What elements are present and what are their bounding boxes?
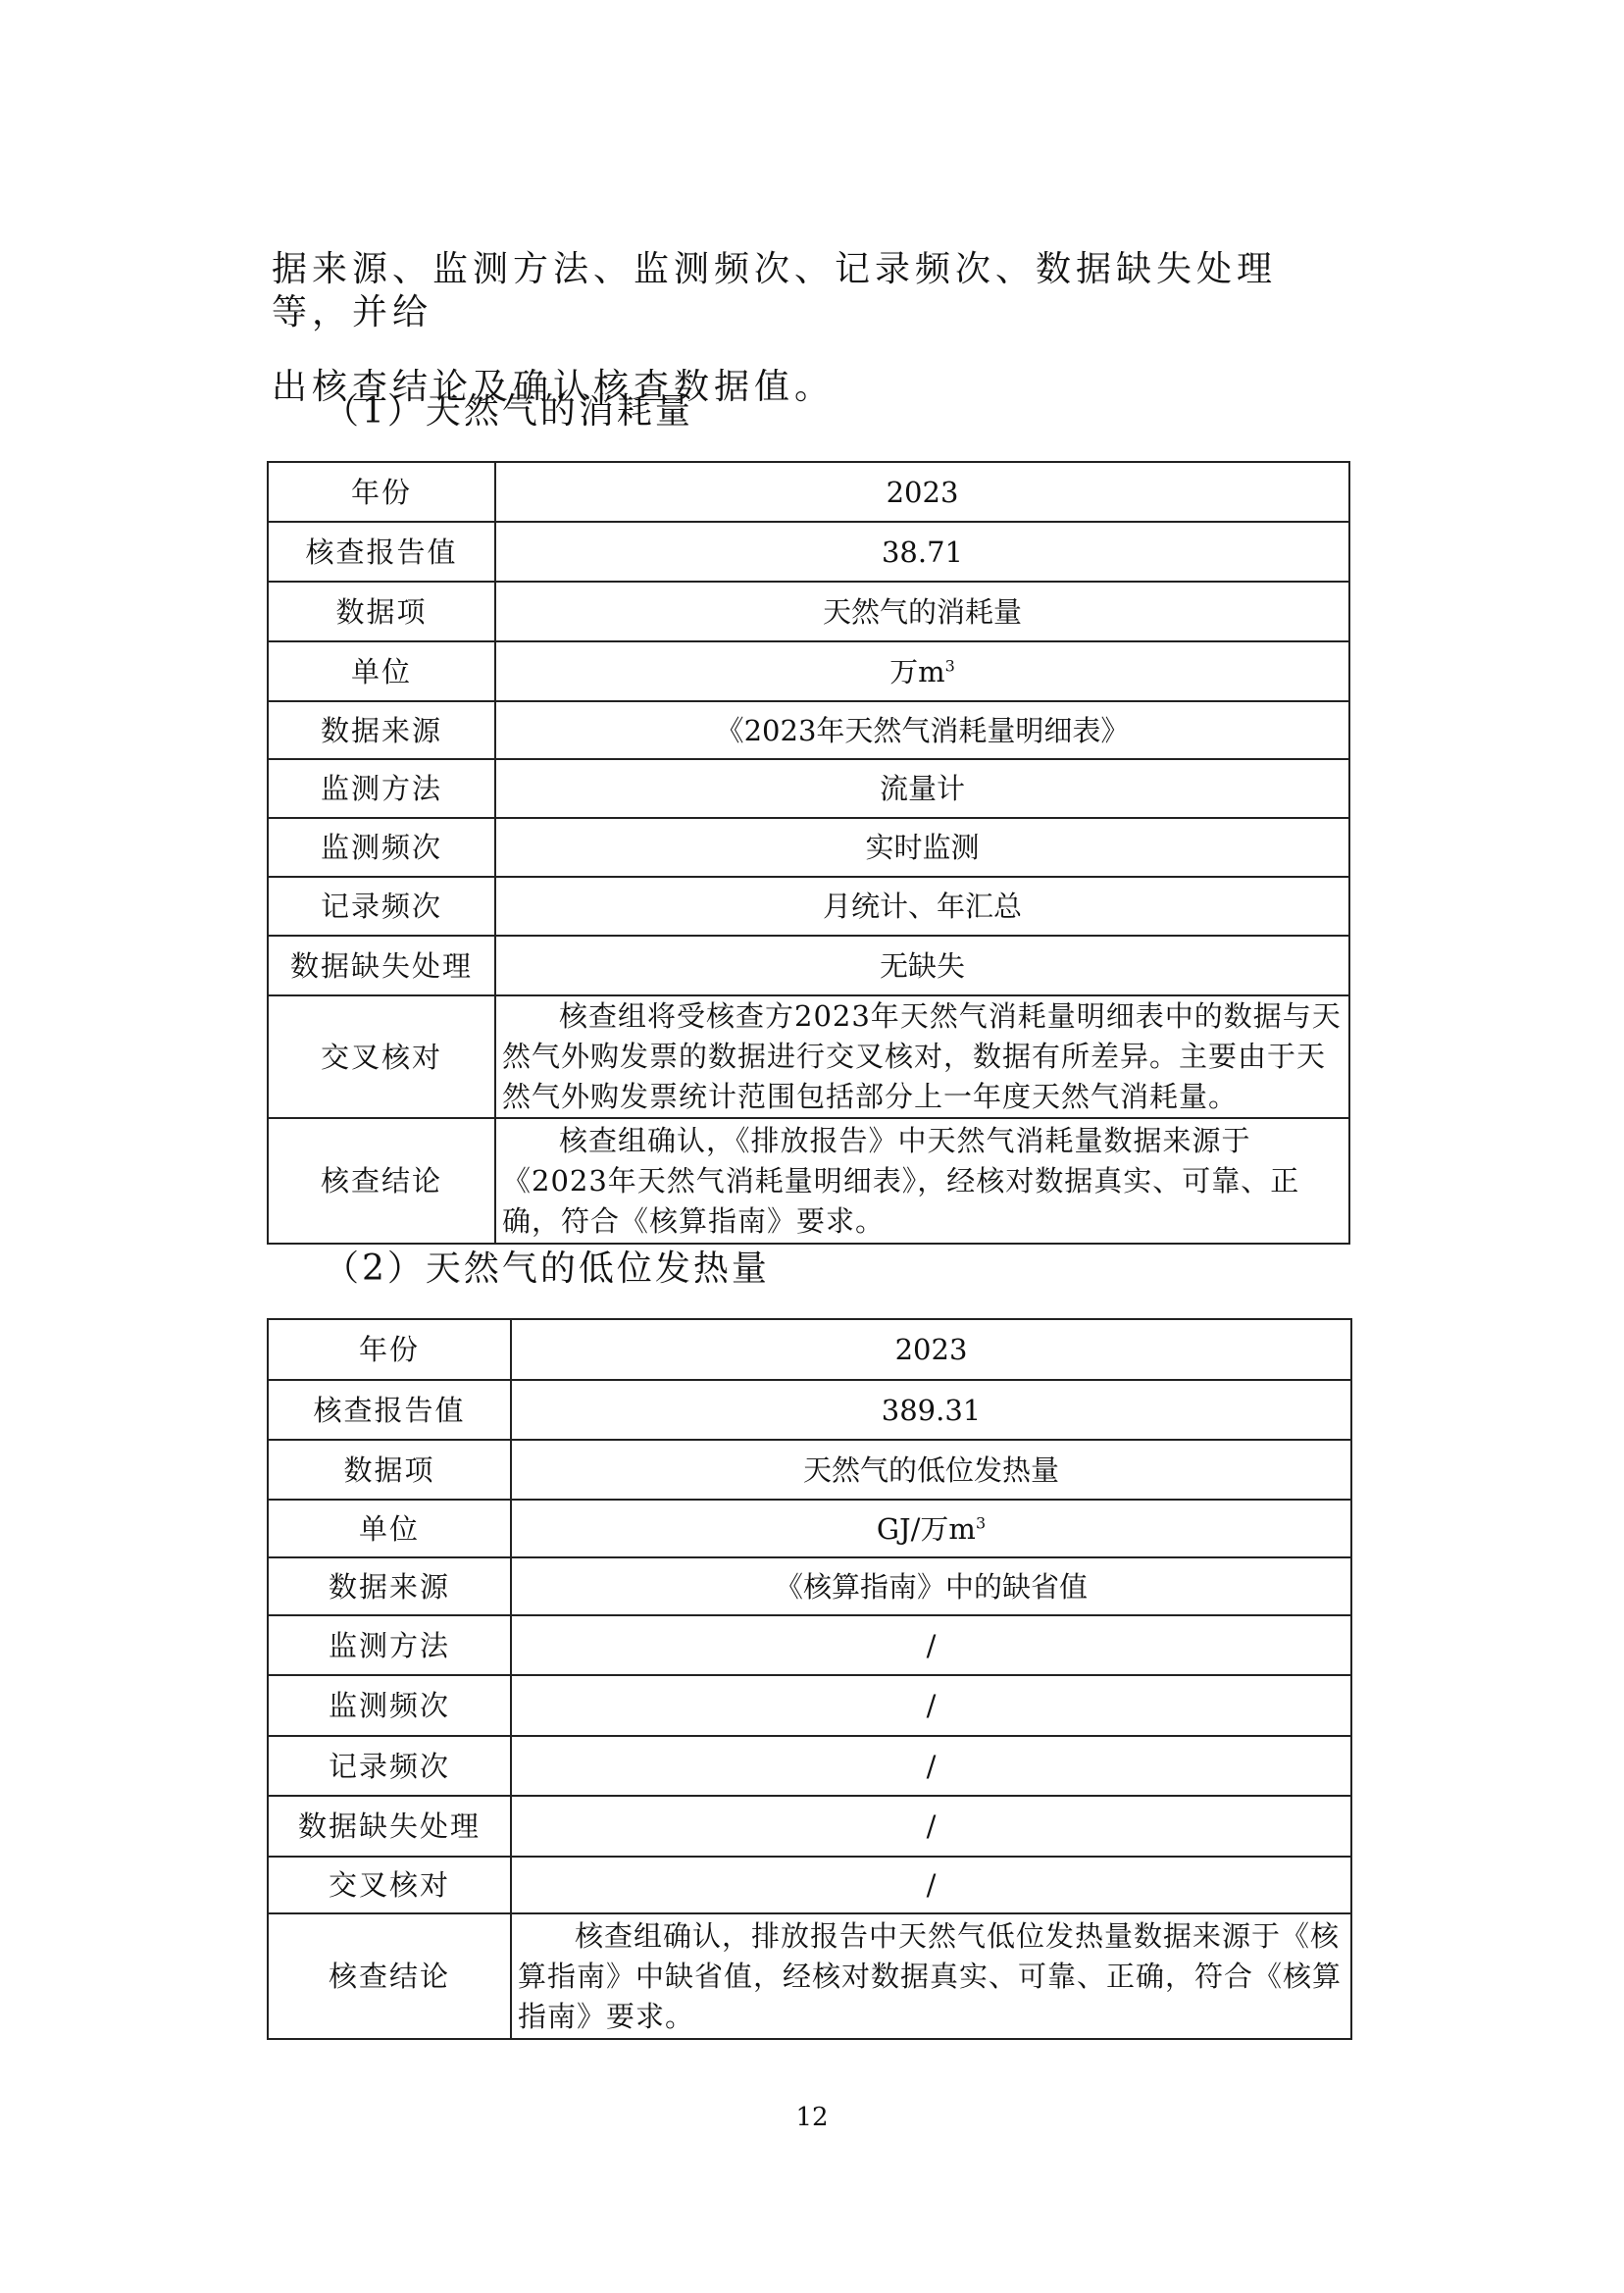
row-label: 记录频次 bbox=[268, 1736, 511, 1796]
row-label: 记录频次 bbox=[268, 877, 495, 936]
natural-gas-lhv-table: 年份2023 核查报告值389.31 数据项天然气的低位发热量 单位GJ/万m3… bbox=[267, 1318, 1352, 2040]
table-row: 监测方法/ bbox=[268, 1615, 1351, 1675]
row-label: 监测方法 bbox=[268, 1615, 511, 1675]
table-row: 数据缺失处理/ bbox=[268, 1796, 1351, 1857]
table-row: 年份2023 bbox=[268, 462, 1349, 522]
row-label: 监测频次 bbox=[268, 1675, 511, 1736]
row-value: 核查组将受核查方2023年天然气消耗量明细表中的数据与天然气外购发票的数据进行交… bbox=[495, 995, 1349, 1118]
table-row: 数据项天然气的低位发热量 bbox=[268, 1440, 1351, 1500]
row-value: 2023 bbox=[511, 1319, 1351, 1380]
section-1-heading: （1）天然气的消耗量 bbox=[324, 390, 693, 433]
table-row: 数据项天然气的消耗量 bbox=[268, 582, 1349, 641]
row-label: 数据缺失处理 bbox=[268, 936, 495, 995]
unit-superscript: 3 bbox=[976, 1513, 986, 1532]
row-value: 38.71 bbox=[495, 522, 1349, 582]
table-row: 年份2023 bbox=[268, 1319, 1351, 1380]
natural-gas-consumption-table: 年份2023 核查报告值38.71 数据项天然气的消耗量 单位万m3 数据来源《… bbox=[267, 461, 1350, 1245]
row-value: 无缺失 bbox=[495, 936, 1349, 995]
table-row: 监测方法流量计 bbox=[268, 759, 1349, 818]
row-label: 数据缺失处理 bbox=[268, 1796, 511, 1857]
row-label: 交叉核对 bbox=[268, 995, 495, 1118]
row-value: 2023 bbox=[495, 462, 1349, 522]
row-value: 流量计 bbox=[495, 759, 1349, 818]
row-value: 天然气的低位发热量 bbox=[511, 1440, 1351, 1500]
row-value: / bbox=[511, 1675, 1351, 1736]
row-label: 核查报告值 bbox=[268, 1380, 511, 1440]
table-row: 交叉核对/ bbox=[268, 1857, 1351, 1913]
row-label: 数据项 bbox=[268, 582, 495, 641]
table-row: 单位万m3 bbox=[268, 641, 1349, 701]
table-row: 单位GJ/万m3 bbox=[268, 1500, 1351, 1557]
row-label: 核查报告值 bbox=[268, 522, 495, 582]
row-label: 数据项 bbox=[268, 1440, 511, 1500]
row-value: 389.31 bbox=[511, 1380, 1351, 1440]
row-label: 年份 bbox=[268, 1319, 511, 1380]
table-row: 记录频次/ bbox=[268, 1736, 1351, 1796]
page-number: 12 bbox=[0, 2103, 1624, 2132]
unit-text: 万m bbox=[889, 655, 945, 688]
table-row: 核查结论核查组确认，排放报告中天然气低位发热量数据来源于《核算指南》中缺省值，经… bbox=[268, 1913, 1351, 2039]
row-label: 监测方法 bbox=[268, 759, 495, 818]
intro-paragraph: 据来源、监测方法、监测频次、记录频次、数据缺失处理等，并给 出核查结论及确认核查… bbox=[272, 248, 1350, 409]
table-row: 交叉核对核查组将受核查方2023年天然气消耗量明细表中的数据与天然气外购发票的数… bbox=[268, 995, 1349, 1118]
row-value: 万m3 bbox=[495, 641, 1349, 701]
row-label: 数据来源 bbox=[268, 1557, 511, 1615]
row-label: 年份 bbox=[268, 462, 495, 522]
table-row: 记录频次月统计、年汇总 bbox=[268, 877, 1349, 936]
row-value: 《2023年天然气消耗量明细表》 bbox=[495, 701, 1349, 759]
table-row: 核查报告值389.31 bbox=[268, 1380, 1351, 1440]
section-2-heading: （2）天然气的低位发热量 bbox=[324, 1248, 770, 1291]
row-label: 数据来源 bbox=[268, 701, 495, 759]
row-value: / bbox=[511, 1615, 1351, 1675]
row-label: 交叉核对 bbox=[268, 1857, 511, 1913]
row-label: 核查结论 bbox=[268, 1913, 511, 2039]
table-row: 核查结论核查组确认，《排放报告》中天然气消耗量数据来源于《2023年天然气消耗量… bbox=[268, 1118, 1349, 1244]
row-label: 单位 bbox=[268, 641, 495, 701]
row-label: 监测频次 bbox=[268, 818, 495, 877]
table-row: 数据来源《核算指南》中的缺省值 bbox=[268, 1557, 1351, 1615]
row-label: 核查结论 bbox=[268, 1118, 495, 1244]
unit-text: GJ/万m bbox=[877, 1512, 976, 1546]
row-value: / bbox=[511, 1796, 1351, 1857]
unit-superscript: 3 bbox=[945, 656, 955, 675]
row-label: 单位 bbox=[268, 1500, 511, 1557]
row-value: 核查组确认，排放报告中天然气低位发热量数据来源于《核算指南》中缺省值，经核对数据… bbox=[511, 1913, 1351, 2039]
row-value: 核查组确认，《排放报告》中天然气消耗量数据来源于《2023年天然气消耗量明细表》… bbox=[495, 1118, 1349, 1244]
row-value: GJ/万m3 bbox=[511, 1500, 1351, 1557]
table-row: 监测频次实时监测 bbox=[268, 818, 1349, 877]
table-row: 核查报告值38.71 bbox=[268, 522, 1349, 582]
row-value: / bbox=[511, 1736, 1351, 1796]
row-value: 天然气的消耗量 bbox=[495, 582, 1349, 641]
table-row: 监测频次/ bbox=[268, 1675, 1351, 1736]
row-value: 月统计、年汇总 bbox=[495, 877, 1349, 936]
intro-line-1: 据来源、监测方法、监测频次、记录频次、数据缺失处理等，并给 bbox=[272, 248, 1350, 334]
row-value: 实时监测 bbox=[495, 818, 1349, 877]
table-row: 数据缺失处理无缺失 bbox=[268, 936, 1349, 995]
row-value: 《核算指南》中的缺省值 bbox=[511, 1557, 1351, 1615]
table-row: 数据来源《2023年天然气消耗量明细表》 bbox=[268, 701, 1349, 759]
row-value: / bbox=[511, 1857, 1351, 1913]
